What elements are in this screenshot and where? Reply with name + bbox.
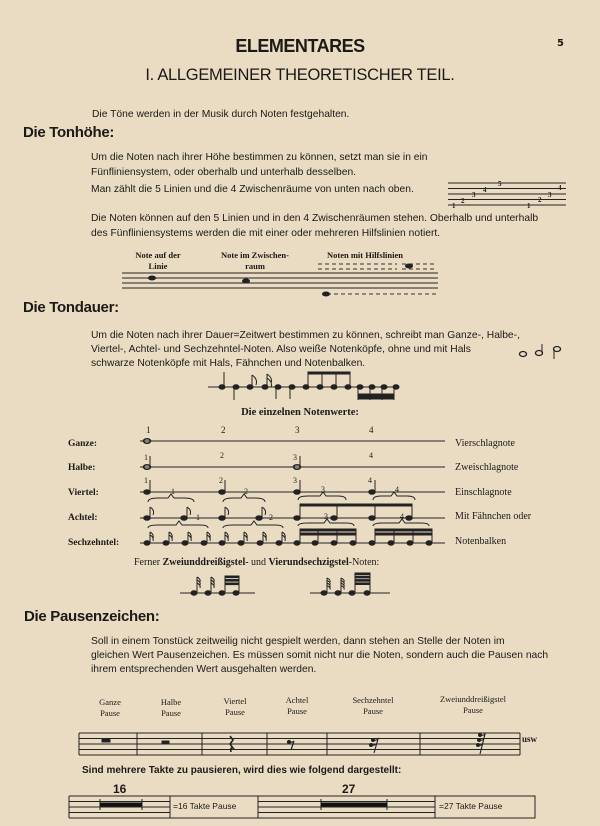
tonhoehe-para1-line2: Fünfliniensystem, oder oberhalb und unte… <box>91 165 356 180</box>
multi-rest-count-16: 16 <box>113 782 126 796</box>
multi-rest-intro: Sind mehrere Takte zu pausieren, wird di… <box>82 763 401 778</box>
tondauer-para-line1: Um die Noten nach ihrer Dauer=Zeitwert b… <box>91 328 520 343</box>
svg-text:1: 1 <box>527 202 531 210</box>
svg-text:4: 4 <box>369 451 373 460</box>
rest-label-halbe: HalbePause <box>146 697 196 719</box>
thirtysecond-notes-example <box>180 573 255 597</box>
row-desc-halbe: Zweischlagnote <box>455 462 518 473</box>
tondauer-para-line3: schwarze Notenköpfe mit Hals, Fähnchen u… <box>91 356 365 371</box>
ferner-text: Ferner Zweiunddreißigstel- und Vierundse… <box>134 557 379 568</box>
svg-text:5: 5 <box>498 180 502 188</box>
page-number: 5 <box>557 38 564 49</box>
usw-label: usw <box>522 734 537 744</box>
note-values-title: Die einzelnen Notenwerte: <box>0 407 600 418</box>
tonhoehe-para2: Man zählt die 5 Linien und die 4 Zwische… <box>91 182 414 197</box>
svg-text:2: 2 <box>461 197 465 205</box>
svg-text:4: 4 <box>395 485 399 494</box>
svg-text:1: 1 <box>196 513 200 522</box>
svg-text:1: 1 <box>144 453 148 462</box>
rest-label-zweiunddreissigstel: ZweiunddreißigstelPause <box>418 694 528 716</box>
svg-text:4: 4 <box>558 184 562 192</box>
sixtyfourth-notes-example <box>310 573 390 597</box>
row-desc-achtel: Mit Fähnchen oder <box>455 511 531 522</box>
svg-text:1: 1 <box>144 476 148 485</box>
row-label-ganze: Ganze: <box>68 439 97 449</box>
svg-text:3: 3 <box>321 485 325 494</box>
svg-text:3: 3 <box>324 512 328 521</box>
section-title: I. ALLGEMEINER THEORETISCHER TEIL. <box>0 66 600 85</box>
rest-label-ganze: GanzePause <box>85 697 135 719</box>
note-values-diagram: 1 2 3 4 1 2 3 4 1 2 3 4 <box>140 430 445 550</box>
intro-text: Die Töne werden in der Musik durch Noten… <box>92 107 349 122</box>
svg-text:4: 4 <box>368 476 372 485</box>
row-desc-sechzehntel: Notenbalken <box>455 536 506 547</box>
svg-text:2: 2 <box>244 487 248 496</box>
svg-text:2: 2 <box>538 196 542 204</box>
tonhoehe-para3-line2: des Fünfliniensystems werden die mit ein… <box>91 226 440 241</box>
tonhoehe-para3-line1: Die Noten können auf den 5 Linien und in… <box>91 211 538 226</box>
row-label-viertel: Viertel: <box>68 488 99 498</box>
white-noteheads-icon <box>518 344 568 364</box>
rests-staff <box>79 732 521 756</box>
heading-tondauer: Die Tondauer: <box>23 299 119 316</box>
svg-text:3: 3 <box>548 191 552 199</box>
multi-rest-text-27: =27 Takte Pause <box>439 801 502 811</box>
row-desc-ganze: Vierschlagnote <box>455 438 515 449</box>
page-title: ELEMENTARES <box>0 36 600 57</box>
multi-rest-count-27: 27 <box>342 782 355 796</box>
row-desc-viertel: Einschlagnote <box>455 487 512 498</box>
row-label-halbe: Halbe: <box>68 463 95 473</box>
numbered-staff-diagram: 123 45 1234 <box>448 180 568 210</box>
heading-pausenzeichen: Die Pausenzeichen: <box>24 608 159 625</box>
rest-label-achtel: AchtelPause <box>272 695 322 717</box>
svg-text:1: 1 <box>171 487 175 496</box>
tonhoehe-para1-line1: Um die Noten nach ihrer Höhe bestimmen z… <box>91 150 428 165</box>
svg-text:4: 4 <box>400 512 404 521</box>
rest-label-sechzehntel: SechzehntelPause <box>338 695 408 717</box>
svg-text:2: 2 <box>269 513 273 522</box>
pausen-para-line2: gleichen Wert Pausenzeichen. Es müssen s… <box>91 648 548 663</box>
rest-label-viertel: ViertelPause <box>210 696 260 718</box>
row-label-achtel: Achtel: <box>68 513 98 523</box>
tondauer-para-line2: Viertel-, Achtel- und Sechzehntel-Noten.… <box>91 342 471 357</box>
pausen-para-line1: Soll in einem Tonstück zeitweilig nicht … <box>91 634 505 649</box>
note-types-example <box>208 370 398 400</box>
label-ledger-notes: Noten mit Hilfslinien <box>315 250 415 261</box>
svg-text:1: 1 <box>452 202 456 210</box>
svg-text:2: 2 <box>220 451 224 460</box>
pausen-para-line3: ihrem entsprechenden Wert ausgehalten we… <box>91 662 316 677</box>
svg-text:2: 2 <box>219 476 223 485</box>
multi-rest-text-16: =16 Takte Pause <box>173 801 236 811</box>
heading-tonhoehe: Die Tonhöhe: <box>23 124 114 141</box>
row-label-sechzehntel: Sechzehntel: <box>68 538 119 548</box>
svg-text:3: 3 <box>472 191 476 199</box>
note-position-staff <box>122 262 442 302</box>
svg-text:4: 4 <box>483 186 487 194</box>
svg-text:3: 3 <box>293 476 297 485</box>
svg-text:3: 3 <box>293 453 297 462</box>
